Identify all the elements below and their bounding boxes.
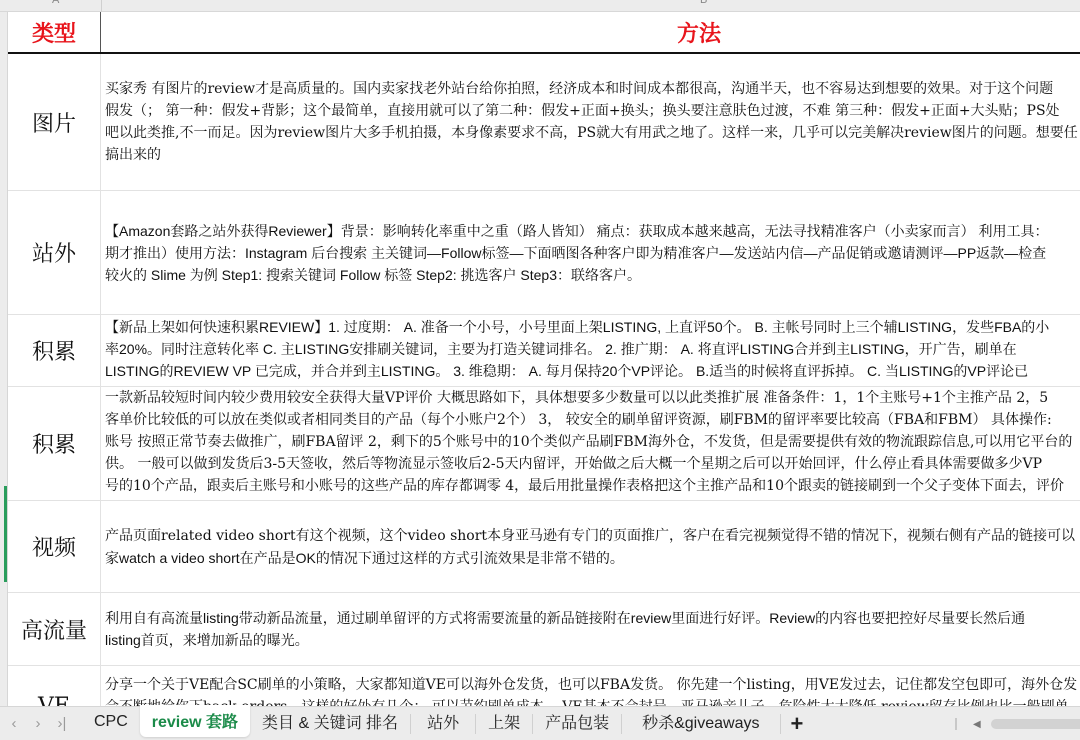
method-text-line: 一款新品较短时间内较少费用较安全获得大量VP评价 大概思路如下，具体想要多少数量… [105,387,1080,409]
method-cell[interactable]: 产品页面related video short有这个视频，这个video sho… [101,501,1080,592]
method-text-line: 家watch a video short在产品是OK的情况下通过这样的方式引流效… [105,547,1080,569]
next-sheet-button[interactable]: › [26,715,50,732]
horizontal-scrollbar[interactable]: ◀ [955,718,1080,730]
table-row: 积累 一款新品较短时间内较少费用较安全获得大量VP评价 大概思路如下，具体想要多… [8,387,1080,501]
sheet-tab-listing[interactable]: 上架 [476,708,532,736]
method-cell[interactable]: 【Amazon套路之站外获得Reviewer】背景：影响转化率重中之重（路人皆知… [101,191,1080,314]
method-text-line: listing首页，来增加新品的曝光。 [105,629,1080,651]
header-method-label: 方法 [677,17,721,48]
header-row: 类型 方法 [8,12,1080,54]
table-row: 站外 【Amazon套路之站外获得Reviewer】背景：影响转化率重中之重（路… [8,191,1080,315]
sheet-tab-label: 秒杀&giveaways [642,710,759,733]
table-row: VE 分享一个关于VE配合SC刷单的小策略，大家都知道VE可以海外仓发货，也可以… [8,666,1080,706]
type-cell[interactable]: 高流量 [8,593,101,665]
column-header-a[interactable]: A [52,0,59,6]
sheet-grid[interactable]: 类型 方法 图片 买家秀 有图片的review才是高质量的。国内卖家找老外站台给… [8,12,1080,706]
sheet-tab-label: 类目 & 关键词 排名 [262,710,398,733]
method-text-line: 号的10个产品，跟卖后主账号和小账号的这些产品的库存都调零 4，最后用批量操作表… [105,475,1080,497]
sheet-tab-review[interactable]: review 套路 [140,705,250,737]
sheet-tab-label: CPC [94,713,128,731]
type-label: VE [38,694,70,706]
method-text-line: 产品页面related video short有这个视频，这个video sho… [105,525,1080,547]
last-sheet-button[interactable]: ›| [50,715,74,732]
header-cell-type[interactable]: 类型 [8,12,101,52]
method-cell[interactable]: 利用自有高流量listing带动新品流量，通过刷单留评的方式将需要流量的新品链接… [101,593,1080,665]
method-cell[interactable]: 买家秀 有图片的review才是高质量的。国内卖家找老外站台给你拍照，经济成本和… [101,54,1080,190]
table-row: 高流量 利用自有高流量listing带动新品流量，通过刷单留评的方式将需要流量的… [8,593,1080,666]
prev-sheet-button[interactable]: ‹ [2,715,26,732]
type-label: 图片 [32,107,76,138]
table-row: 视频 产品页面related video short有这个视频，这个video … [8,501,1080,593]
method-text-line: 【Amazon套路之站外获得Reviewer】背景：影响转化率重中之重（路人皆知… [105,220,1080,242]
type-cell[interactable]: 图片 [8,54,101,190]
method-text-line: 利用自有高流量listing带动新品流量，通过刷单留评的方式将需要流量的新品链接… [105,607,1080,629]
sheet-tab-label: 站外 [427,710,459,733]
method-text-line: 吧以此类推,不一而足。因为review图片大多手机拍摄，本身像素要求不高，PS就… [105,122,1080,144]
header-type-label: 类型 [32,17,76,48]
type-label: 站外 [32,237,76,268]
method-text-line: 供。 一般可以做到发货后3-5天签收，然后等物流显示签收后2-5天内留评，开始做… [105,453,1080,475]
type-cell[interactable]: VE [8,666,101,706]
type-label: 视频 [32,531,76,562]
scroll-left-arrow-icon[interactable]: ◀ [973,719,981,730]
method-text-line: 假发（； 第一种：假发+背影；这个最简单，直接用就可以了第二种：假发+正面+换头… [105,100,1080,122]
scrollbar-resize-handle[interactable] [955,718,957,730]
table-row: 图片 买家秀 有图片的review才是高质量的。国内卖家找老外站台给你拍照，经济… [8,54,1080,191]
type-label: 高流量 [21,614,87,645]
method-cell[interactable]: 一款新品较短时间内较少费用较安全获得大量VP评价 大概思路如下，具体想要多少数量… [101,387,1080,500]
type-cell[interactable]: 站外 [8,191,101,314]
method-text-line: 期才推出）使用方法：Instagram 后台搜索 主关键词—Follow标签—下… [105,242,1080,264]
header-cell-method[interactable]: 方法 [101,12,1080,52]
sheet-tab-label: 产品包装 [545,710,609,733]
sheet-tab-bar: ‹ › ›| CPC review 套路 类目 & 关键词 排名 站外 上架 产… [0,706,1080,740]
method-text-line: 率20%。同时注意转化率 C. 主LISTING安排刷关键词，主要为打造关键词排… [105,338,1080,360]
row-header-gutter[interactable] [0,12,8,706]
table-row: 积累 【新品上架如何快速积累REVIEW】1. 过度期： A. 准备一个小号，小… [8,315,1080,387]
method-cell[interactable]: 分享一个关于VE配合SC刷单的小策略，大家都知道VE可以海外仓发货，也可以FBA… [101,666,1080,706]
type-label: 积累 [32,335,76,366]
sheet-tab-deals-giveaways[interactable]: 秒杀&giveaways [622,708,779,736]
method-text-line: 【新品上架如何快速积累REVIEW】1. 过度期： A. 准备一个小号，小号里面… [105,316,1080,338]
method-text-line: 会不断地给你下back-orders。这样的好处有几个： 可以节约刷单成本， V… [105,696,1080,706]
type-label: 积累 [32,428,76,459]
method-cell[interactable]: 【新品上架如何快速积累REVIEW】1. 过度期： A. 准备一个小号，小号里面… [101,315,1080,386]
method-text-line: LISTING的REVIEW VP 已完成，并合并到主LISTING。 3. 维… [105,360,1080,382]
type-cell[interactable]: 积累 [8,315,101,386]
spreadsheet-app: A B 类型 方法 图片 买家秀 有图片的review才是高质量的。国内卖家找老… [0,0,1080,740]
sheet-tab-label: review 套路 [152,709,238,732]
method-text-line: 分享一个关于VE配合SC刷单的小策略，大家都知道VE可以海外仓发货，也可以FBA… [105,674,1080,696]
sheet-tab-packaging[interactable]: 产品包装 [533,708,621,736]
type-cell[interactable]: 视频 [8,501,101,592]
method-text-line: 买家秀 有图片的review才是高质量的。国内卖家找老外站台给你拍照，经济成本和… [105,78,1080,100]
sheet-tab-category-keyword-rank[interactable]: 类目 & 关键词 排名 [250,708,410,736]
column-header-b[interactable]: B [700,0,707,6]
scrollbar-thumb[interactable] [991,719,1080,729]
method-text-line: 较火的 Slime 为例 Step1: 搜索关键词 Follow 标签 Step… [105,264,1080,286]
type-cell[interactable]: 积累 [8,387,101,500]
add-sheet-button[interactable]: + [781,711,814,737]
sheet-tab-offsite[interactable]: 站外 [411,708,475,736]
method-text-line: 搞出来的 [105,144,1080,166]
sheet-tab-cpc[interactable]: CPC [82,708,140,736]
column-divider[interactable] [101,0,102,12]
method-text-line: 客单价比较低的可以放在类似或者相同类目的产品（每个小账户2个） 3， 较安全的刷… [105,409,1080,431]
method-text-line: 账号 按照正常节奏去做推广，刷FBA留评 2，剩下的5个账号中的10个类似产品刷… [105,431,1080,453]
column-header-strip: A B [0,0,1080,12]
sheet-tab-label: 上架 [488,710,520,733]
selected-row-marker [4,486,7,582]
